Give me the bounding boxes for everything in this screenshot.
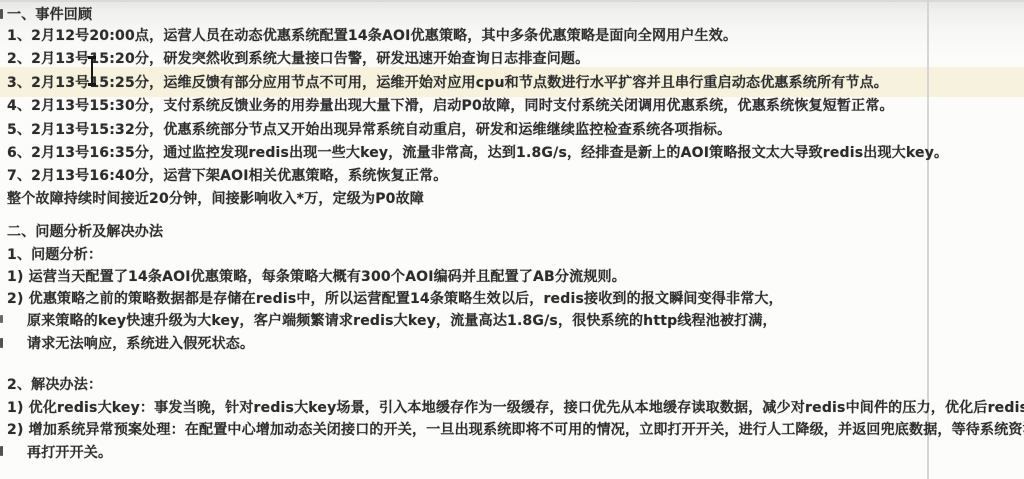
doc-line-timeline-6[interactable]: 6、2月13号16:35分，通过监控发现redis出现一些大key，流量非常高，… [7,145,948,161]
doc-line-solution-2[interactable]: 2) 增加系统异常预案处理：在配置中心增加动态关闭接口的开关，一旦出现系统即将不… [7,422,1024,438]
clipped-glyph [0,338,3,348]
doc-line-analysis-2[interactable]: 2) 优惠策略之前的策略数据都是存储在redis中，所以运营配置14条策略生效以… [7,291,783,307]
clipped-glyph [0,315,3,323]
doc-line-timeline-4[interactable]: 4、2月13号15:30分，支付系统反馈业务的用券量出现大量下滑，启动P0故障，… [7,98,894,114]
doc-line-impact-summary[interactable]: 整个故障持续时间接近20分钟，间接影响收入*万，定级为P0故障 [7,191,424,207]
doc-line-analysis-1[interactable]: 1) 运营当天配置了14条AOI优惠策略，每条策略大概有300个AOI编码并且配… [7,269,626,285]
doc-line-analysis-2-cont-1[interactable]: 原来策略的key快速升级为大key，客户端频繁请求redis大key，流量高达1… [27,313,777,329]
doc-subheading-solutions[interactable]: 2、解决办法： [7,377,102,393]
doc-subheading-problem-analysis[interactable]: 1、问题分析： [7,247,102,263]
clipped-glyph [0,9,3,19]
doc-line-solution-2-cont[interactable]: 再打开开关。 [27,445,112,461]
doc-line-timeline-1[interactable]: 1、2月12号20:00点，运营人员在动态优惠系统配置14条AOI优惠策略，其中… [7,28,737,44]
clipped-glyph [0,446,3,456]
doc-line-timeline-7[interactable]: 7、2月13号16:40分，运营下架AOI相关优惠策略，系统恢复正常。 [7,168,447,184]
doc-heading-analysis-solutions[interactable]: 二、问题分析及解决办法 [7,224,163,240]
doc-line-analysis-2-cont-2[interactable]: 请求无法响应，系统进入假死状态。 [27,336,254,352]
doc-line-solution-1[interactable]: 1) 优化redis大key：事发当晚，针对redis大key场景，引入本地缓存… [7,400,1024,416]
doc-heading-event-review[interactable]: 一、事件回顾 [7,7,92,23]
doc-line-timeline-3-highlighted[interactable]: 3、2月13号15:25分，运维反馈有部分应用节点不可用，运维开始对应用cpu和… [7,75,888,91]
document-canvas[interactable]: 一、事件回顾 1、2月12号20:00点，运营人员在动态优惠系统配置14条AOI… [0,0,1024,479]
doc-line-timeline-5[interactable]: 5、2月13号15:32分，优惠系统部分节点又开始出现异常系统自动重启，研发和运… [7,122,731,138]
text-ibeam-cursor [87,56,97,86]
